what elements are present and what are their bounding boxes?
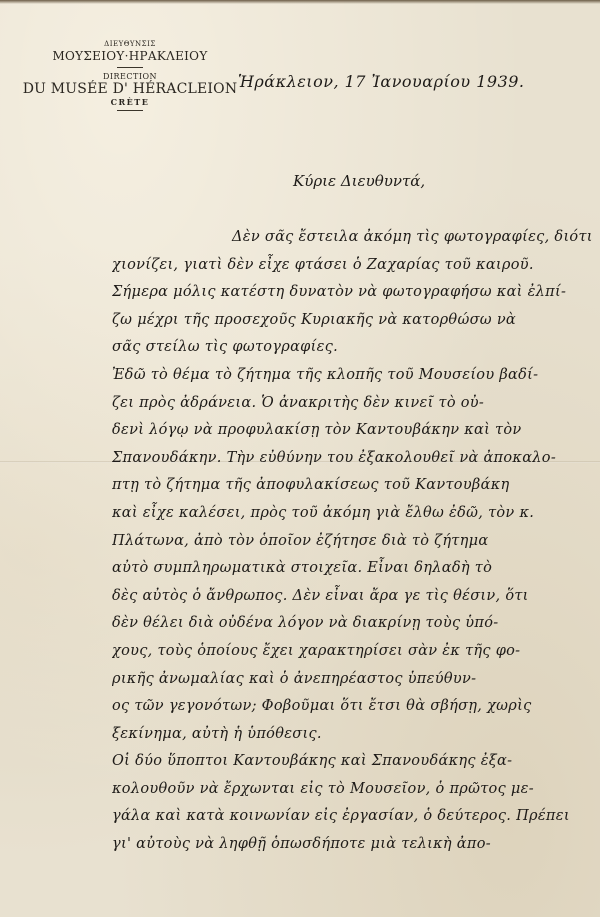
- letterhead: ΔΙΕΥΘΥΝΣΙΣ ΜΟΥΣΕΙΟΥ·ΗΡΑΚΛΕΙΟΥ DIRECTION …: [20, 40, 240, 115]
- dateline: Ἡράκλειον, 17 Ἰανουαρίου 1939.: [238, 72, 525, 91]
- body-line: ος τῶν γεγονότων; Φοβοῦμαι ὅτι ἔτσι θὰ σ…: [112, 693, 592, 721]
- salutation: Κύριε Διευθυντά,: [293, 172, 425, 190]
- letterhead-rule-bottom: [117, 110, 143, 111]
- body-line: σᾶς στείλω τὶς φωτογραφίες.: [112, 334, 592, 362]
- body-line: χους, τοὺς ὁποίους ἔχει χαρακτηρίσει σὰν…: [112, 638, 592, 666]
- body-line: ζω μέχρι τῆς προσεχοῦς Κυριακῆς νὰ κατορ…: [112, 307, 592, 335]
- letterhead-rule: [117, 67, 143, 68]
- paper-top-edge: [0, 0, 600, 4]
- body-line: κολουθοῦν νὰ ἔρχωνται εἰς τὸ Μουσεῖον, ὁ…: [112, 776, 592, 804]
- letterhead-line-3: DIRECTION: [20, 72, 240, 81]
- body-line: γάλα καὶ κατὰ κοινωνίαν εἰς ἐργασίαν, ὁ …: [112, 803, 592, 831]
- body-line: Ἐδῶ τὸ θέμα τὸ ζήτημα τῆς κλοπῆς τοῦ Μου…: [112, 362, 592, 390]
- letter-body: Δὲν σᾶς ἔστειλα ἀκόμη τὶς φωτογραφίες, δ…: [112, 224, 592, 859]
- body-line: ρικῆς ἀνωμαλίας καὶ ὁ ἀνεπηρέαστος ὑπεύθ…: [112, 666, 592, 694]
- body-line: Σήμερα μόλις κατέστη δυνατὸν νὰ φωτογραφ…: [112, 279, 592, 307]
- letterhead-line-1: ΔΙΕΥΘΥΝΣΙΣ: [20, 40, 240, 49]
- body-line: Οἱ δύο ὕποπτοι Καντουβάκης καὶ Σπανουδάκ…: [112, 748, 592, 776]
- letterhead-line-5: CRÈTE: [20, 98, 240, 107]
- body-line: ξεκίνημα, αὐτὴ ἡ ὑπόθεσις.: [112, 721, 592, 749]
- letterhead-line-4: DU MUSÉE D' HÉRACLEION: [20, 81, 240, 98]
- body-line: δενὶ λόγῳ νὰ προφυλακίσῃ τὸν Καντουβάκην…: [112, 417, 592, 445]
- body-line: δὲς αὐτὸς ὁ ἄνθρωπος. Δὲν εἶναι ἄρα γε τ…: [112, 583, 592, 611]
- body-line: Δὲν σᾶς ἔστειλα ἀκόμη τὶς φωτογραφίες, δ…: [112, 224, 592, 252]
- body-line: γι' αὐτοὺς νὰ ληφθῇ ὁπωσδήποτε μιὰ τελικ…: [112, 831, 592, 859]
- body-line: Πλάτωνα, ἀπὸ τὸν ὁποῖον ἐζήτησε διὰ τὸ ζ…: [112, 528, 592, 556]
- body-line: καὶ εἶχε καλέσει, πρὸς τοῦ ἀκόμη γιὰ ἔλθ…: [112, 500, 592, 528]
- body-line: ζει πρὸς ἀδράνεια. Ὁ ἀνακριτὴς δὲν κινεῖ…: [112, 390, 592, 418]
- letterhead-line-2: ΜΟΥΣΕΙΟΥ·ΗΡΑΚΛΕΙΟΥ: [20, 49, 240, 64]
- body-line: Σπανουδάκην. Τὴν εὐθύνην του ἐξακολουθεῖ…: [112, 445, 592, 473]
- body-line: πτῃ τὸ ζήτημα τῆς ἀποφυλακίσεως τοῦ Καντ…: [112, 472, 592, 500]
- body-line: χιονίζει, γιατὶ δὲν εἶχε φτάσει ὁ Ζαχαρί…: [112, 252, 592, 280]
- body-line: αὐτὸ συμπληρωματικὰ στοιχεῖα. Εἶναι δηλα…: [112, 555, 592, 583]
- body-line: δὲν θέλει διὰ οὐδένα λόγον νὰ διακρίνῃ τ…: [112, 610, 592, 638]
